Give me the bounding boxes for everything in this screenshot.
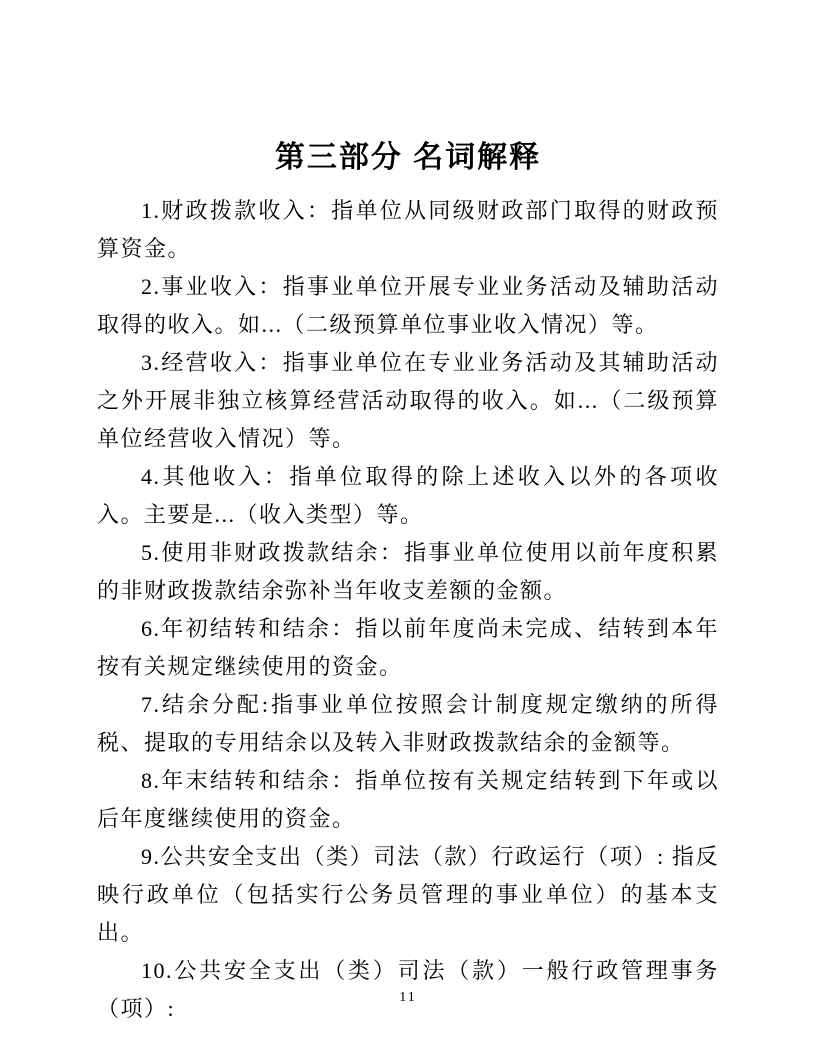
glossary-item-9: 9.公共安全支出（类）司法（款）行政运行（项）: 指反映行政单位（包括实行公务员… (97, 838, 719, 952)
glossary-item-3: 3.经营收入：指事业单位在专业业务活动及其辅助活动之外开展非独立核算经营活动取得… (97, 344, 719, 458)
glossary-item-8: 8.年末结转和结余：指单位按有关规定结转到下年或以后年度继续使用的资金。 (97, 762, 719, 838)
document-page: 第三部分 名词解释 1.财政拨款收入：指单位从同级财政部门取得的财政预算资金。 … (0, 0, 816, 1056)
page-title: 第三部分 名词解释 (97, 140, 719, 176)
glossary-item-7: 7.结余分配:指事业单位按照会计制度规定缴纳的所得税、提取的专用结余以及转入非财… (97, 686, 719, 762)
document-content: 第三部分 名词解释 1.财政拨款收入：指单位从同级财政部门取得的财政预算资金。 … (97, 140, 719, 1028)
glossary-item-4: 4.其他收入：指单位取得的除上述收入以外的各项收入。主要是...（收入类型）等。 (97, 458, 719, 534)
glossary-item-5: 5.使用非财政拨款结余：指事业单位使用以前年度积累的非财政拨款结余弥补当年收支差… (97, 534, 719, 610)
glossary-item-1: 1.财政拨款收入：指单位从同级财政部门取得的财政预算资金。 (97, 192, 719, 268)
page-number: 11 (0, 990, 816, 1006)
glossary-item-6: 6.年初结转和结余：指以前年度尚未完成、结转到本年按有关规定继续使用的资金。 (97, 610, 719, 686)
glossary-item-2: 2.事业收入：指事业单位开展专业业务活动及辅助活动取得的收入。如...（二级预算… (97, 268, 719, 344)
